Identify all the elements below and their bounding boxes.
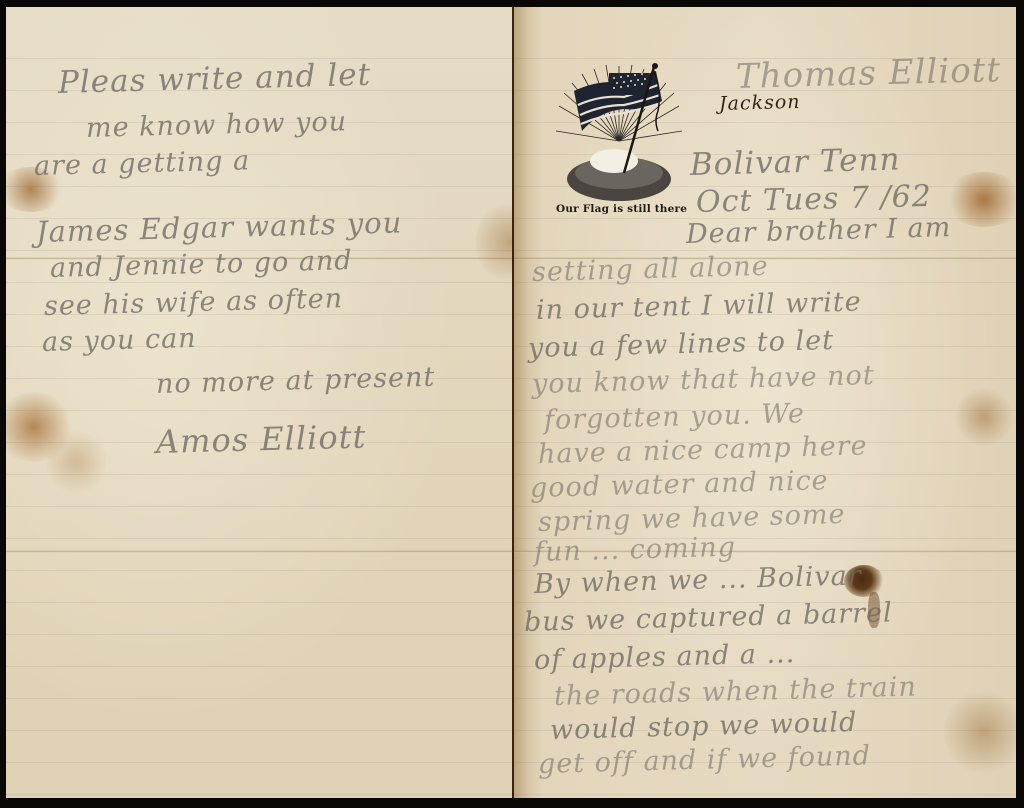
letter-left-page: Pleas write and let me know how you are … <box>6 7 513 798</box>
header-name: Thomas Elliott <box>735 50 1001 97</box>
handwriting-line: are a getting a <box>34 145 251 182</box>
flag-caption: Our Flag is still there <box>556 203 687 215</box>
handwriting-line: as you can <box>42 323 197 358</box>
handwriting-line: fun ... coming <box>534 532 737 568</box>
handwriting-line: setting all alone <box>532 251 769 288</box>
fold-line <box>6 550 513 553</box>
signature: Amos Elliott <box>156 417 367 460</box>
place-line: Bolivar Tenn <box>690 141 901 182</box>
letter-right-page: Our Flag is still there Thomas Elliott J… <box>514 7 1016 798</box>
header-annotation: Jackson <box>719 91 801 115</box>
american-flag-vignette-icon <box>554 51 684 221</box>
